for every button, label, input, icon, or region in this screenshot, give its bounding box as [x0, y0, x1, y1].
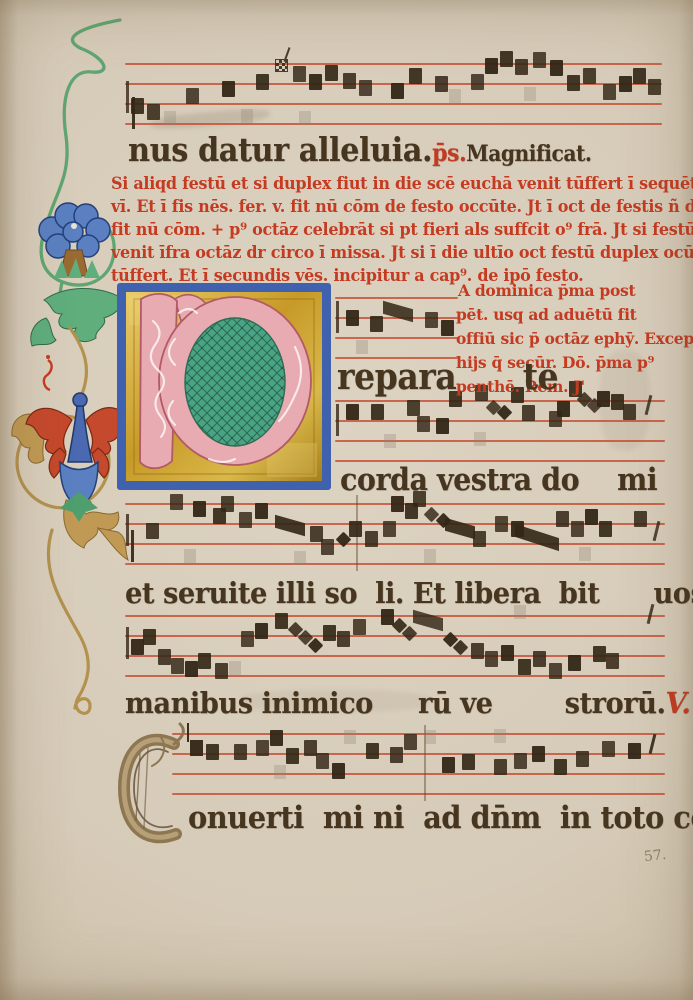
- folio-number: 57.: [643, 847, 667, 865]
- bleedthrough-neume: [299, 111, 311, 125]
- neume: [186, 88, 199, 104]
- neume: [321, 539, 334, 555]
- neume: [571, 521, 584, 537]
- neume: [316, 753, 329, 769]
- neume: [462, 754, 475, 770]
- neume: [222, 81, 235, 97]
- neume: [286, 748, 299, 764]
- neume: [554, 759, 567, 775]
- rubric-line: Si aliqd festū et si duplex fiut in die …: [111, 172, 693, 195]
- neume: [275, 59, 288, 72]
- illuminated-initial-p: P: [117, 283, 331, 494]
- neume: [576, 751, 589, 767]
- neume: [515, 523, 559, 550]
- ps-abbreviation: p̄s.: [432, 138, 466, 167]
- bleedthrough-neume: [294, 551, 306, 565]
- rubric-line: A dominica p̄ma post: [458, 279, 635, 303]
- neume: [353, 619, 366, 635]
- bleedthrough-neume: [449, 89, 461, 103]
- neume: [256, 74, 269, 90]
- neume: [495, 516, 508, 532]
- neume: [185, 661, 198, 677]
- neume: [349, 521, 362, 537]
- neume: [549, 663, 562, 679]
- neume: [500, 51, 513, 67]
- neume: [147, 104, 160, 120]
- chant-text-line: manibus inimico rū ve strorū.V.: [125, 686, 690, 720]
- chant-text-line: onuerti mi ni ad dn̄m in toto corde ve=: [188, 800, 693, 836]
- neume: [193, 501, 206, 517]
- neume: [533, 52, 546, 68]
- neume: [518, 659, 531, 675]
- neume: [275, 613, 288, 629]
- barline: [131, 530, 134, 562]
- neume: [494, 759, 507, 775]
- neume: [143, 629, 156, 645]
- bleedthrough-neume: [384, 434, 396, 448]
- staff-line: [125, 675, 665, 677]
- neume: [146, 523, 159, 539]
- staff-line: [125, 543, 665, 545]
- bleedthrough-neume: [164, 111, 176, 125]
- rubric-line: fit nū cōm. + p⁹ octāz celebrāt si pt fi…: [111, 218, 693, 241]
- bleedthrough-neume: [424, 730, 436, 744]
- neume: [585, 509, 598, 525]
- neume: [425, 312, 438, 328]
- neume: [532, 746, 545, 762]
- neume: [583, 68, 596, 84]
- neume: [567, 75, 580, 91]
- neume: [485, 58, 498, 74]
- neume: [611, 394, 624, 410]
- neume: [633, 68, 646, 84]
- neume: [131, 98, 144, 114]
- neume: [275, 514, 305, 536]
- neume: [346, 404, 359, 420]
- staff-line: [125, 563, 665, 565]
- bleedthrough-neume: [579, 547, 591, 561]
- manuscript-page: nus datur alleluia.p̄s.Magnificat. Si al…: [0, 0, 693, 1000]
- neume: [471, 74, 484, 90]
- barline: [336, 404, 339, 436]
- neume: [365, 531, 378, 547]
- neume: [515, 59, 528, 75]
- bleedthrough-neume: [494, 729, 506, 743]
- neume: [634, 511, 647, 527]
- neume: [255, 503, 268, 519]
- neume: [370, 316, 383, 332]
- neume: [648, 734, 656, 754]
- barline: [336, 301, 339, 333]
- neume: [417, 416, 430, 432]
- cadel-initial-c: C: [110, 722, 192, 858]
- neume: [436, 418, 449, 434]
- neume: [644, 395, 652, 415]
- neume: [346, 310, 359, 326]
- neume: [337, 631, 350, 647]
- staff-line: [125, 123, 662, 125]
- neume: [522, 405, 535, 421]
- neume: [304, 740, 317, 756]
- chant-text-line: et seruite illi so li. Et libera bit uos…: [125, 576, 693, 610]
- bleedthrough-neume: [424, 549, 436, 563]
- neume: [359, 80, 372, 96]
- neume: [234, 744, 247, 760]
- neume: [602, 741, 615, 757]
- neume: [593, 646, 606, 662]
- rubric-line: vī. Et ī fis nēs. fer. v. fit nū cōm de …: [111, 195, 693, 218]
- rubric-line: pēt. usq ad aduētū fit: [456, 303, 637, 327]
- staff-line: [335, 420, 665, 422]
- barline: [126, 514, 129, 546]
- neume: [603, 84, 616, 100]
- neume: [514, 753, 527, 769]
- neume: [599, 521, 612, 537]
- neume: [407, 400, 420, 416]
- neume: [648, 79, 661, 95]
- neume: [623, 404, 636, 420]
- neume: [171, 658, 184, 674]
- staff-line: [125, 635, 665, 637]
- neume: [270, 730, 283, 746]
- neume: [255, 623, 268, 639]
- staff-line: [335, 297, 458, 299]
- staff-line: [125, 615, 665, 617]
- neume: [568, 655, 581, 671]
- neume: [413, 609, 443, 631]
- neume: [390, 747, 403, 763]
- versicle-mark: V.: [666, 686, 691, 720]
- staff-line: [172, 773, 665, 775]
- neume: [550, 60, 563, 76]
- neume: [409, 68, 422, 84]
- neume: [158, 649, 171, 665]
- staff-line: [335, 337, 458, 339]
- neume: [206, 744, 219, 760]
- barline: [126, 627, 129, 659]
- staff-line: [172, 793, 665, 795]
- neume: [391, 496, 404, 512]
- neume: [441, 320, 454, 336]
- neume: [239, 512, 252, 528]
- rubric-line: offiū sic p̄ octāz ephȳ. Exceptis: [456, 327, 693, 351]
- rubric-line: venit īfra octāz dr circo ī missa. Jt si…: [111, 241, 693, 264]
- neume: [323, 625, 336, 641]
- neume: [557, 401, 570, 417]
- neume: [293, 66, 306, 82]
- neume: [442, 757, 455, 773]
- neume: [332, 763, 345, 779]
- bleedthrough-neume: [356, 340, 368, 354]
- neume: [404, 734, 417, 750]
- staff-line: [125, 103, 662, 105]
- chant-text-line: repara te: [337, 356, 558, 398]
- neume: [619, 76, 632, 92]
- neume: [471, 643, 484, 659]
- neume: [131, 639, 144, 655]
- neume: [435, 76, 448, 92]
- bleedthrough-neume: [241, 109, 253, 123]
- barline: [126, 81, 129, 113]
- neume: [170, 494, 183, 510]
- neume: [256, 740, 269, 756]
- neume: [501, 645, 514, 661]
- magnificat-label: Magnificat.: [466, 141, 591, 167]
- bleedthrough-neume: [524, 87, 536, 101]
- neume: [343, 73, 356, 89]
- bleedthrough-neume: [344, 730, 356, 744]
- neume: [221, 496, 234, 512]
- neume: [381, 609, 394, 625]
- chant-words: nus datur alleluia.: [128, 130, 432, 169]
- neume: [556, 511, 569, 527]
- neume: [371, 404, 384, 420]
- chant-text-line: corda vestra do mi no: [340, 462, 693, 498]
- neume: [597, 391, 610, 407]
- neume: [309, 74, 322, 90]
- staff-line: [172, 733, 665, 735]
- neume: [391, 83, 404, 99]
- neume: [383, 521, 396, 537]
- neume: [533, 651, 546, 667]
- neume: [325, 65, 338, 81]
- neume: [473, 531, 486, 547]
- neume: [215, 663, 228, 679]
- neume: [606, 653, 619, 669]
- neume: [628, 743, 641, 759]
- bleedthrough-neume: [229, 661, 241, 675]
- bleedthrough-neume: [474, 432, 486, 446]
- neume: [445, 517, 475, 539]
- neume: [485, 651, 498, 667]
- neume: [366, 743, 379, 759]
- bleedthrough-neume: [184, 549, 196, 563]
- neume: [198, 653, 211, 669]
- chant-text-line: nus datur alleluia.p̄s.Magnificat.: [128, 130, 592, 169]
- neume: [241, 631, 254, 647]
- chant-words: manibus inimico rū ve strorū.: [125, 686, 666, 720]
- bleedthrough-neume: [274, 765, 286, 779]
- staff-line: [125, 63, 662, 65]
